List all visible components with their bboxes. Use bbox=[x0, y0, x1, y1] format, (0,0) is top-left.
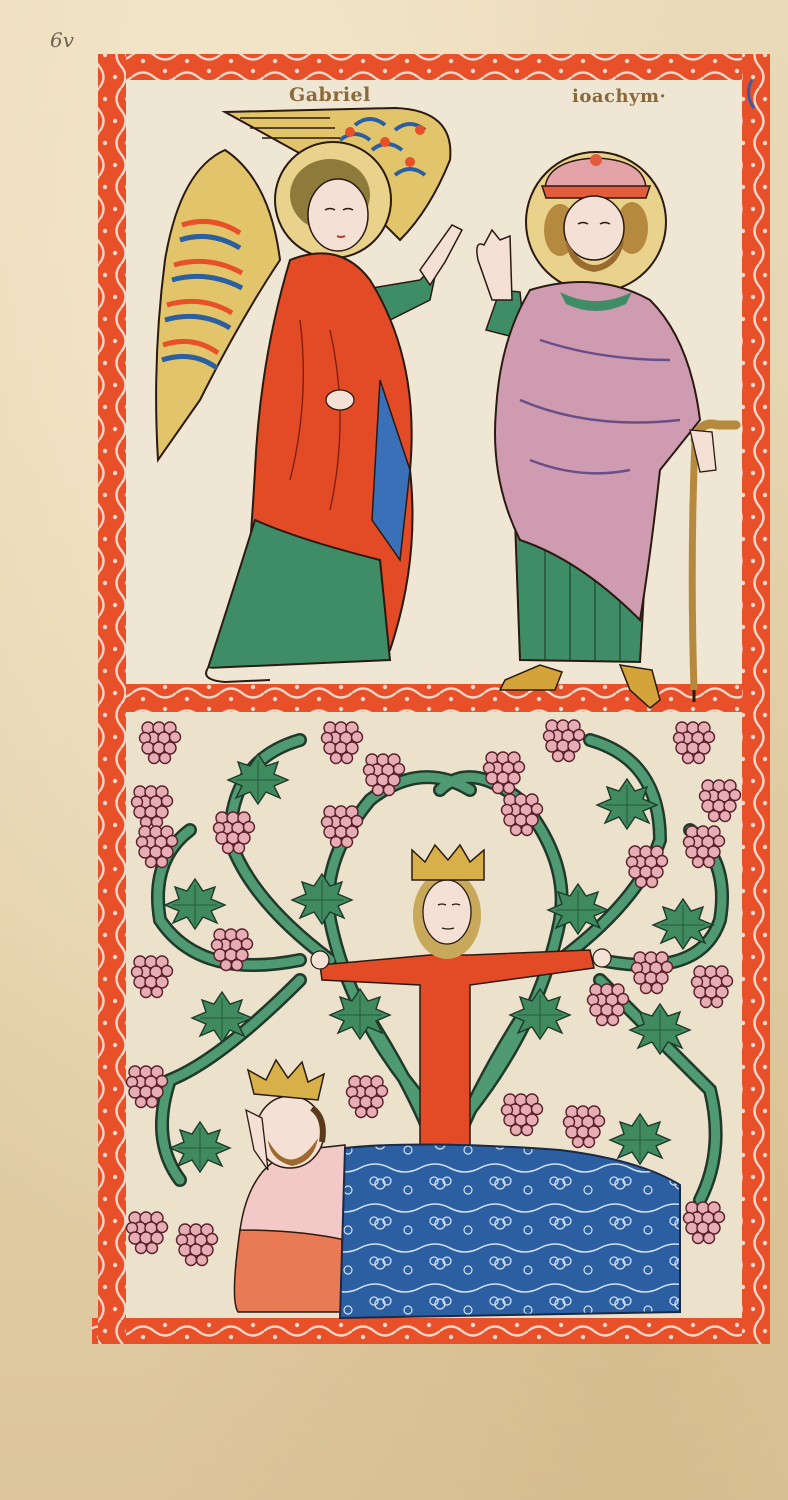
illumination bbox=[0, 0, 788, 1500]
inscription-gabriel: Gabriel bbox=[289, 84, 371, 106]
manuscript-page: 6v bbox=[0, 0, 788, 1500]
blue-coverlet bbox=[340, 1144, 680, 1318]
inscription-joachim: ioachym· bbox=[572, 86, 666, 107]
